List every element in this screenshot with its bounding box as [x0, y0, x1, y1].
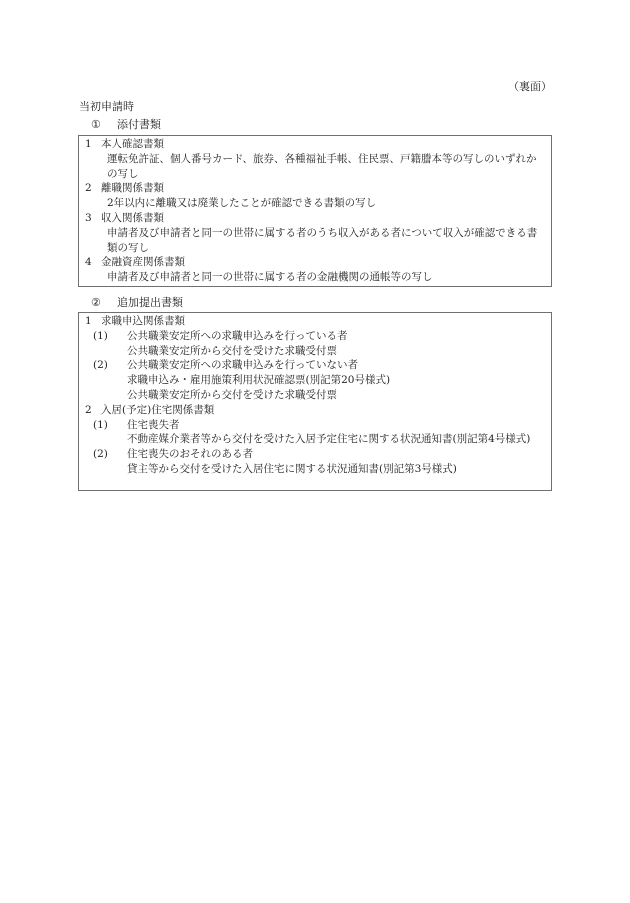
item-number: 2 [85, 181, 101, 196]
section2-number: ② [91, 296, 117, 310]
item-number: 3 [85, 211, 101, 226]
subitem-title: 住宅喪失者 [127, 419, 180, 431]
item-body: 運転免許証、個人番号カード、旅券、各種福祉手帳、住民票、戸籍謄本等の写しのいずれ… [79, 152, 551, 182]
subitem-number: (1) [93, 418, 127, 433]
subitem-line: 公共職業安定所から交付を受けた求職受付票 [79, 388, 551, 403]
item-body: 2年以内に離職又は廃業したことが確認できる書類の写し [79, 196, 551, 211]
item-title: 求職申込関係書類 [101, 315, 185, 327]
section2-item: 2入居(予定)住宅関係書類 (1)住宅喪失者 不動産媒介業者等から交付を受けた入… [79, 403, 551, 477]
item-title: 金融資産関係書類 [101, 256, 185, 268]
item-title: 収入関係書類 [101, 212, 164, 224]
subitem: (1)住宅喪失者 [79, 418, 551, 433]
section1-item: 4金融資産関係書類 申請者及び申請者と同一の世帯に属する者の金融機関の通帳等の写… [79, 255, 551, 285]
item-title: 離職関係書類 [101, 182, 164, 194]
section1-number: ① [91, 118, 117, 132]
subitem: (1)公共職業安定所への求職申込みを行っている者 [79, 329, 551, 344]
section1-item: 2離職関係書類 2年以内に離職又は廃業したことが確認できる書類の写し [79, 181, 551, 211]
section1-heading: ①添付書類 [91, 118, 161, 132]
subitem-title: 住宅喪失のおそれのある者 [127, 448, 253, 460]
page-side-label: （裏面） [508, 80, 552, 94]
item-number: 4 [85, 255, 101, 270]
subitem-line: 公共職業安定所から交付を受けた求職受付票 [79, 344, 551, 359]
section1-item: 3収入関係書類 申請者及び申請者と同一の世帯に属する者のうち収入がある者について… [79, 211, 551, 255]
section2-box: 1求職申込関係書類 (1)公共職業安定所への求職申込みを行っている者 公共職業安… [78, 312, 552, 491]
subitem-number: (1) [93, 329, 127, 344]
subitem-number: (2) [93, 447, 127, 462]
section2-item: 1求職申込関係書類 (1)公共職業安定所への求職申込みを行っている者 公共職業安… [79, 314, 551, 403]
section1-box: 1本人確認書類 運転免許証、個人番号カード、旅券、各種福祉手帳、住民票、戸籍謄本… [78, 135, 552, 287]
section1-item: 1本人確認書類 運転免許証、個人番号カード、旅券、各種福祉手帳、住民票、戸籍謄本… [79, 137, 551, 181]
section2-title: 追加提出書類 [117, 296, 183, 309]
subitem-line: 不動産媒介業者等から交付を受けた入居予定住宅に関する状況通知書(別記第4号様式) [79, 432, 551, 447]
item-title: 入居(予定)住宅関係書類 [101, 404, 214, 416]
item-number: 1 [85, 137, 101, 152]
section1-title: 添付書類 [117, 118, 161, 131]
item-body: 申請者及び申請者と同一の世帯に属する者の金融機関の通帳等の写し [79, 270, 551, 285]
subitem-number: (2) [93, 358, 127, 373]
subitem-title: 公共職業安定所への求職申込みを行っている者 [127, 330, 348, 342]
subitem: (2)公共職業安定所への求職申込みを行っていない者 [79, 358, 551, 373]
item-body: 申請者及び申請者と同一の世帯に属する者のうち収入がある者について収入が確認できる… [79, 226, 551, 256]
subitem: (2)住宅喪失のおそれのある者 [79, 447, 551, 462]
section2-heading: ②追加提出書類 [91, 296, 183, 310]
main-heading: 当初申請時 [79, 100, 134, 114]
item-number: 2 [85, 403, 101, 418]
item-number: 1 [85, 314, 101, 329]
subitem-line: 貸主等から交付を受けた入居住宅に関する状況通知書(別記第3号様式) [79, 462, 551, 477]
subitem-line: 求職申込み・雇用施策利用状況確認票(別記第20号様式) [79, 373, 551, 388]
subitem-title: 公共職業安定所への求職申込みを行っていない者 [127, 359, 358, 371]
item-title: 本人確認書類 [101, 138, 164, 150]
